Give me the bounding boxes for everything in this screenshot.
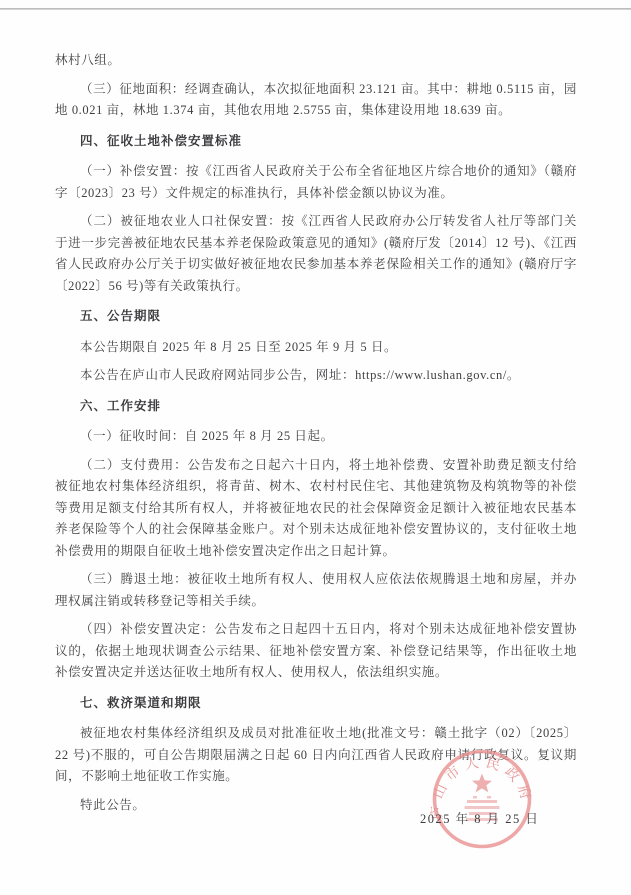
paragraph-compensation: （一）补偿安置：按《江西省人民政府关于公布全省征地区片综合地价的通知》（赣府字〔… [55, 161, 577, 204]
announcement-date: 2025 年 8 月 25 日 [420, 809, 539, 827]
seal-star-icon [472, 774, 492, 793]
scan-edge-line [0, 8, 631, 10]
paragraph-collection-time: （一）征收时间：自 2025 年 8 月 25 日起。 [55, 426, 577, 448]
section-heading-6: 六、工作安排 [55, 396, 577, 418]
section-heading-5: 五、公告期限 [55, 306, 577, 328]
scanned-document-page: 林村八组。 （三）征地面积：经调查确认，本次拟征地面积 23.121 亩。其中：… [0, 0, 631, 895]
section-heading-4: 四、征收土地补偿安置标准 [55, 131, 577, 153]
section-heading-7: 七、救济渠道和期限 [55, 693, 577, 715]
paragraph-notice-period: 本公告期限自 2025 年 8 月 25 日至 2025 年 9 月 5 日。 [55, 337, 577, 359]
paragraph-social-security: （二）被征地农业人口社保安置：按《江西省人民政府办公厅转发省人社厅等部门关于进一… [55, 211, 577, 297]
paragraph-continuation: 林村八组。 [55, 50, 577, 72]
paragraph-vacating-land: （三）腾退土地：被征收土地所有权人、使用权人应依法依规腾退土地和房屋，并办理权属… [55, 569, 577, 612]
paragraph-payment: （二）支付费用：公告发布之日起六十日内，将土地补偿费、安置补助费足额支付给被征地… [55, 455, 577, 563]
paragraph-land-area: （三）征地面积：经调查确认，本次拟征地面积 23.121 亩。其中：耕地 0.5… [55, 79, 577, 122]
paragraph-decision: （四）补偿安置决定：公告发布之日起四十五日内，将对个别未达成征地补偿安置协议的，… [55, 619, 577, 684]
official-seal: 庐山市人民政府 [429, 746, 535, 852]
paragraph-website: 本公告在庐山市人民政府网站同步公告，网址：https://www.lushan.… [55, 365, 577, 387]
announcement-body: 林村八组。 （三）征地面积：经调查确认，本次拟征地面积 23.121 亩。其中：… [55, 50, 577, 823]
